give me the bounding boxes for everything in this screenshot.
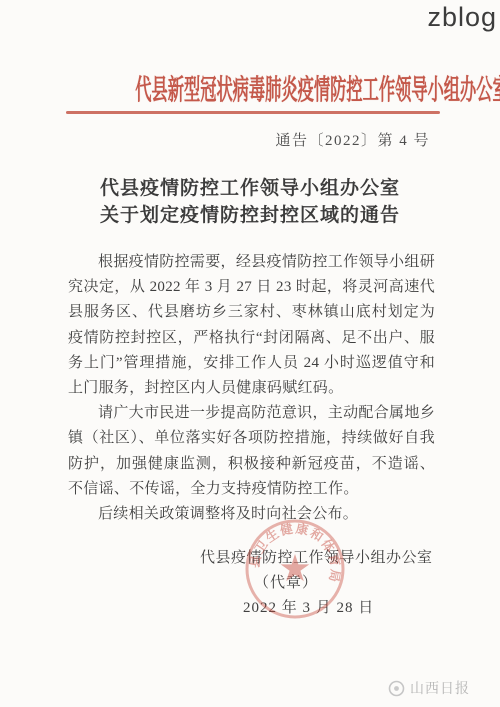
- paragraph: 根据疫情防控需要，经县疫情防控工作领导小组研究决定，从 2022 年 3 月 2…: [68, 250, 435, 401]
- paragraph: 请广大市民进一步提高防范意识，主动配合属地乡镇（社区）、单位落实好各项防控措施，…: [68, 401, 435, 502]
- issuer-header: 代县新型冠状病毒肺炎疫情防控工作领导小组办公室: [0, 68, 500, 108]
- zblog-watermark: zblog: [427, 2, 497, 33]
- signature-seal-note: （代章）: [254, 571, 318, 592]
- shanxi-daily-label: 山西日报: [410, 678, 470, 698]
- signature-date: 2022 年 3 月 28 日: [243, 596, 374, 617]
- doc-number: 通告〔2022〕第 4 号: [275, 129, 430, 150]
- notice-title-line1: 代县疫情防控工作领导小组办公室: [0, 175, 500, 202]
- notice-title-line2: 关于划定疫情防控封控区域的通告: [0, 202, 500, 229]
- scanned-notice-page: zblog 代县新型冠状病毒肺炎疫情防控工作领导小组办公室 通告〔2022〕第 …: [0, 0, 500, 707]
- signature-office: 代县疫情防控工作领导小组办公室: [200, 546, 433, 567]
- shanxi-daily-watermark: 山西日报: [388, 678, 470, 698]
- notice-title: 代县疫情防控工作领导小组办公室 关于划定疫情防控封控区域的通告: [0, 175, 500, 229]
- notice-body: 根据疫情防控需要，经县疫情防控工作领导小组研究决定，从 2022 年 3 月 2…: [68, 250, 435, 527]
- issuer-header-text: 代县新型冠状病毒肺炎疫情防控工作领导小组办公室: [135, 68, 500, 108]
- paragraph: 后续相关政策调整将及时向社会公布。: [68, 502, 435, 527]
- red-divider: [66, 111, 440, 114]
- newspaper-logo-icon: [388, 680, 405, 697]
